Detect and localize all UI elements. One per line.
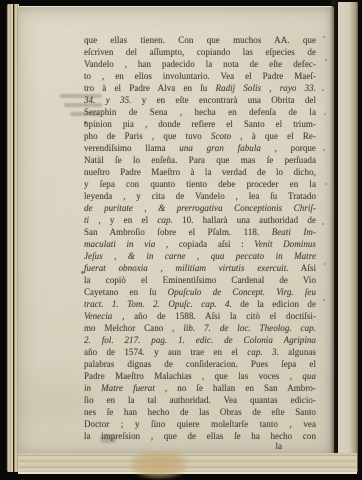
paper-stain xyxy=(130,452,188,479)
book-scan: que ellas tienen. Con que muchos AA. que… xyxy=(0,0,362,480)
text-line: nes ſe han hecho de las Obras de eſte Sa… xyxy=(84,406,316,418)
catchword: la xyxy=(84,440,316,452)
text-line: opinion pia , donde refiere el Santo el … xyxy=(84,118,316,130)
text-line: Padre Maeſtro Malachias , que las voces … xyxy=(84,370,316,382)
text-line: la copiò el Eminentiſsimo Cardenal de Vi… xyxy=(84,274,316,286)
text-line: Venecia , año de 1588. Aſsi la citò el d… xyxy=(84,310,316,322)
text-line: fuerat obnoxia , militiam virtutis exerc… xyxy=(84,262,316,274)
text-line: pho de Paris , que tuvo Scoto , à que el… xyxy=(84,130,316,142)
text-line: Jeſus , & in carne , qua peccato in Matr… xyxy=(84,250,316,262)
text-line: mo Melchor Cano , lib. 7. de loc. Theolo… xyxy=(84,322,316,334)
adjacent-page-edge xyxy=(338,2,358,472)
text-line: ti , y en el cap. 10. hallarà una author… xyxy=(84,214,316,226)
text-line: nueſtro Padre Maeſtro à la verdad de lo … xyxy=(84,166,316,178)
book-page: que ellas tienen. Con que muchos AA. que… xyxy=(18,6,334,455)
text-line: tro à el Padre Alva en ſu Radij Solis , … xyxy=(84,82,316,94)
text-line: tract. 1. Tom. 2. Opuſc. cap. 4. de la e… xyxy=(84,298,316,310)
text-line: to , en ellos involuntario. Vea el Padre… xyxy=(84,70,316,82)
text-line: Seraphin de Sena , hecha en defenſa de l… xyxy=(84,106,316,118)
text-line: año de 1574. y aun trae en el cap. 3. al… xyxy=(84,346,316,358)
text-line: Vandelo , han padecido la nota de eſte d… xyxy=(84,58,316,70)
text-line: Natàl ſe lo enſeña. Para que mas ſe perſ… xyxy=(84,154,316,166)
text-line: 2. fol. 217. pag. 1. edic. de Colonia Ag… xyxy=(84,334,316,346)
text-line: que ellas tienen. Con que muchos AA. que xyxy=(84,34,316,46)
text-line: Cayetano en ſu Opuſculo de Concept. Virg… xyxy=(84,286,316,298)
text-line: Doctor ; y ſino quiere moleſtarſe tanto … xyxy=(84,418,316,430)
body-text: que ellas tienen. Con que muchos AA. que… xyxy=(84,34,316,442)
text-line: 34. y 35. y en eſte encontrarà una Obrit… xyxy=(84,94,316,106)
text-line: eſcriven del aſſumpto, copiando las eſpe… xyxy=(84,46,316,58)
text-line: palabras dignas de conſideracion. Pues ſ… xyxy=(84,358,316,370)
text-line: maculati in via , copiada aſsi : Venit D… xyxy=(84,238,316,250)
text-line: San Ambroſio ſobre el Pſalm. 118. Beati … xyxy=(84,226,316,238)
text-line: verendiſsimo llama una gran fabula , por… xyxy=(84,142,316,154)
text-line: y ſepa con quanto tiento debe proceder e… xyxy=(84,178,316,190)
text-line: ſio en la tal authoridad. Vea quantas ed… xyxy=(84,394,316,406)
text-line: in Matre fuerat , no ſe hallan en San Am… xyxy=(84,382,316,394)
text-line: leyenda , y cita de Vandelo , lea ſu Tra… xyxy=(84,190,316,202)
text-line: de puritate , & prerrogativa Conceptioni… xyxy=(84,202,316,214)
margin-specks xyxy=(18,7,20,9)
